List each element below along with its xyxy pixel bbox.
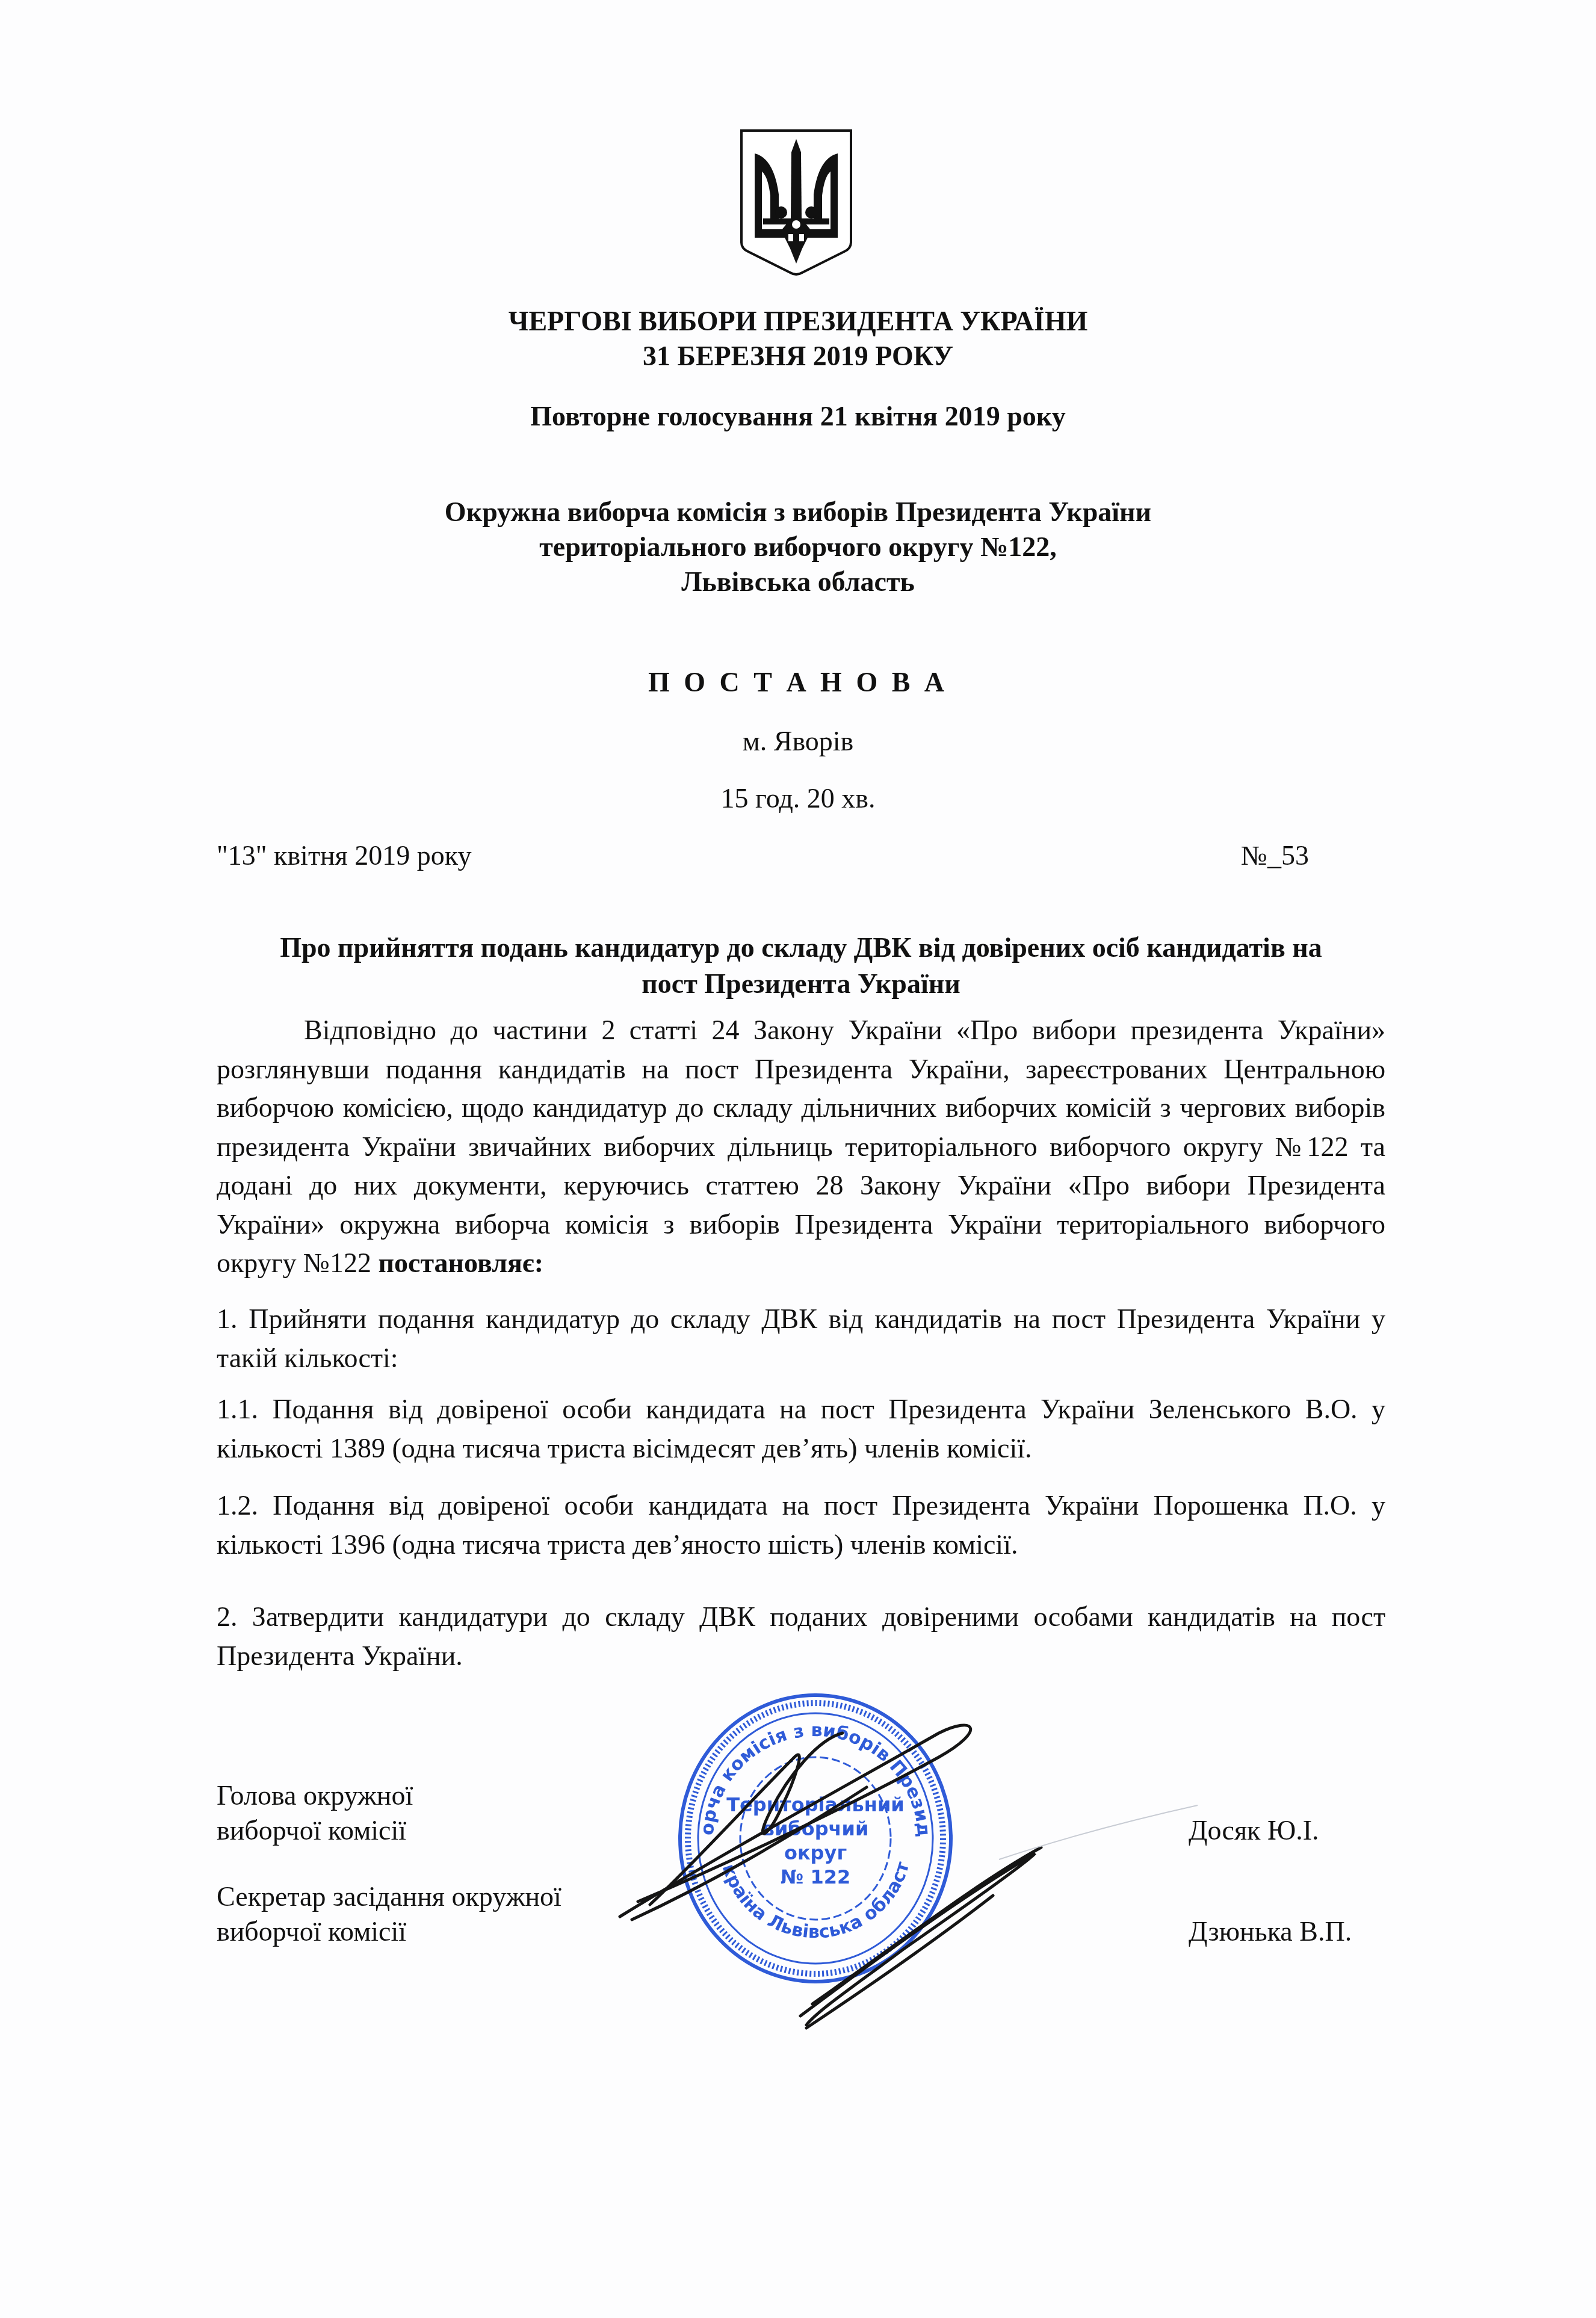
time: 15 год. 20 хв. xyxy=(0,781,1596,816)
runoff-line: Повторне голосування 21 квітня 2019 року xyxy=(0,399,1596,434)
coat-of-arms-icon xyxy=(739,128,853,288)
preamble-paragraph: Відповідно до частини 2 статті 24 Закону… xyxy=(217,1011,1385,1283)
commission-line-3: Львівська область xyxy=(0,564,1596,599)
document-type: П О С Т А Н О В А xyxy=(0,665,1596,700)
item-1-1: 1.1. Подання від довіреної особи кандида… xyxy=(217,1390,1385,1468)
official-stamp-icon: Окружна виборча комісія з виборів Презид… xyxy=(668,1691,963,1986)
subject-line-1: Про прийняття подань кандидатур до склад… xyxy=(217,930,1385,966)
document-number: №_53 xyxy=(1241,838,1309,873)
subject-line-2: пост Президента України xyxy=(217,966,1385,1002)
election-title: ЧЕРГОВІ ВИБОРИ ПРЕЗИДЕНТА УКРАЇНИ xyxy=(0,304,1596,339)
item-1-2: 1.2. Подання від довіреної особи кандида… xyxy=(217,1486,1385,1564)
svg-text:виборчий: виборчий xyxy=(762,1817,869,1840)
chair-role-line-2: виборчої комісії xyxy=(217,1813,406,1848)
document-page: ЧЕРГОВІ ВИБОРИ ПРЕЗИДЕНТА УКРАЇНИ 31 БЕР… xyxy=(0,0,1596,2318)
secretary-role-line-2: виборчої комісії xyxy=(217,1914,406,1949)
resolves-keyword: постановляє: xyxy=(379,1247,544,1278)
svg-text:Територіальний: Територіальний xyxy=(726,1793,904,1816)
svg-text:округ: округ xyxy=(784,1841,847,1864)
commission-line-2: територіального виборчого округу №122, xyxy=(0,530,1596,564)
document-date: "13" квітня 2019 року xyxy=(217,838,471,873)
item-2: 2. Затвердити кандидатури до складу ДВК … xyxy=(217,1598,1385,1675)
secretary-role-line-1: Секретар засідання окружної xyxy=(217,1879,561,1914)
chair-name: Досяк Ю.І. xyxy=(1189,1813,1319,1848)
election-date: 31 БЕРЕЗНЯ 2019 РОКУ xyxy=(0,339,1596,374)
svg-text:№ 122: № 122 xyxy=(781,1865,850,1888)
commission-line-1: Окружна виборча комісія з виборів Презид… xyxy=(0,495,1596,530)
preamble-text: Відповідно до частини 2 статті 24 Закону… xyxy=(217,1015,1385,1278)
chair-role-line-1: Голова окружної xyxy=(217,1778,413,1813)
secretary-name: Дзюнька В.П. xyxy=(1189,1914,1352,1949)
city: м. Яворів xyxy=(0,724,1596,759)
document-subject: Про прийняття подань кандидатур до склад… xyxy=(217,930,1385,1002)
item-1: 1. Прийняти подання кандидатур до складу… xyxy=(217,1300,1385,1377)
